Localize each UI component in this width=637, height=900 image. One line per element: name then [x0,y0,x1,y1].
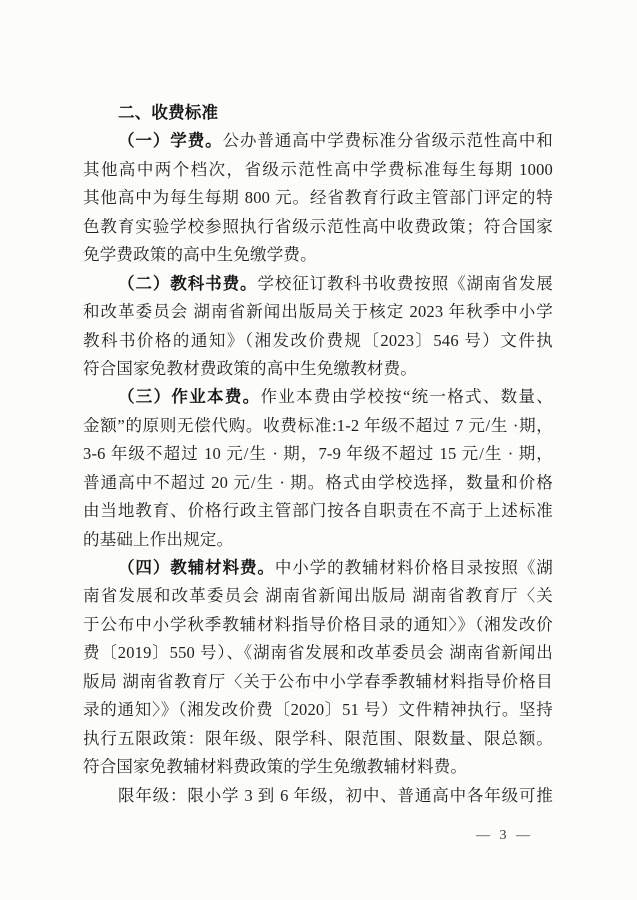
text-line: 版局 湖南省教育厅〈关于公布中小学春季教辅材料指导价格目 [83,668,553,696]
section-heading: 二、收费标准 [83,99,553,127]
text-line: 录的通知〉》（湘发改价费〔2020〕51 号）文件精神执行。坚持 [83,696,553,724]
paragraph-label: （三）作业本费。 [118,387,261,406]
page-number: — 3 — [476,828,533,843]
text-line: 免学费政策的高中生免缴学费。 [83,241,553,269]
text-line: 执行五限政策：限年级、限学科、限范围、限数量、限总额。 [83,725,553,753]
text-line: （四）教辅材料费。中小学的教辅材料价格目录按照《湖 [83,554,553,582]
text-line: 其他高中两个档次，省级示范性高中学费标准每生每期 1000 元， [83,156,553,184]
text-line: 其他高中为每生每期 800 元。经省教育行政主管部门评定的特 [83,184,553,212]
paragraphs-container: （一）学费。公办普通高中学费标准分省级示范性高中和其他高中两个档次，省级示范性高… [83,127,553,810]
text-line: 金额”的原则无偿代购。收费标准:1-2 年级不超过 7 元/生 ·期， [83,412,553,440]
text-line: 限年级：限小学 3 到 6 年级，初中、普通高中各年级可推 [83,782,553,810]
paragraph-label: （一）学费。 [118,131,223,150]
text-line: 普通高中不超过 20 元/生 · 期。格式由学校选择，数量和价格 [83,469,553,497]
text-line: 南省发展和改革委员会 湖南省新闻出版局 湖南省教育厅〈关 [83,582,553,610]
text-line: （一）学费。公办普通高中学费标准分省级示范性高中和 [83,127,553,155]
text-line: 3-6 年级不超过 10 元/生 · 期，7-9 年级不超过 15 元/生 · … [83,440,553,468]
text-line: 的基础上作出规定。 [83,526,553,554]
text-line: 符合国家免教辅材料费政策的学生免缴教辅材料费。 [83,753,553,781]
text-line: 费〔2019〕550 号）、《湖南省发展和改革委员会 湖南省新闻出 [83,639,553,667]
text-line: 和改革委员会 湖南省新闻出版局关于核定 2023 年秋季中小学 [83,298,553,326]
text-line: 由当地教育、价格行政主管部门按各自职责在不高于上述标准 [83,497,553,525]
document-page: 二、收费标准 （一）学费。公办普通高中学费标准分省级示范性高中和其他高中两个档次… [0,0,637,900]
text-line: （二）教科书费。学校征订教科书收费按照《湖南省发展 [83,270,553,298]
text-line: 于公布中小学秋季教辅材料指导价格目录的通知〉》（湘发改价 [83,611,553,639]
text-line: 色教育实验学校参照执行省级示范性高中收费政策；符合国家 [83,213,553,241]
paragraph-label: （二）教科书费。 [118,274,257,293]
paragraph-label: （四）教辅材料费。 [118,558,275,577]
document-body: 二、收费标准 （一）学费。公办普通高中学费标准分省级示范性高中和其他高中两个档次… [83,99,553,810]
text-line: （三）作业本费。作业本费由学校按“统一格式、数量、 [83,383,553,411]
text-line: 符合国家免教材费政策的高中生免缴教材费。 [83,355,553,383]
page-footer: — 3 — [476,828,533,844]
text-line: 教科书价格的通知》（湘发改价费规〔2023〕546 号）文件执行。 [83,327,553,355]
